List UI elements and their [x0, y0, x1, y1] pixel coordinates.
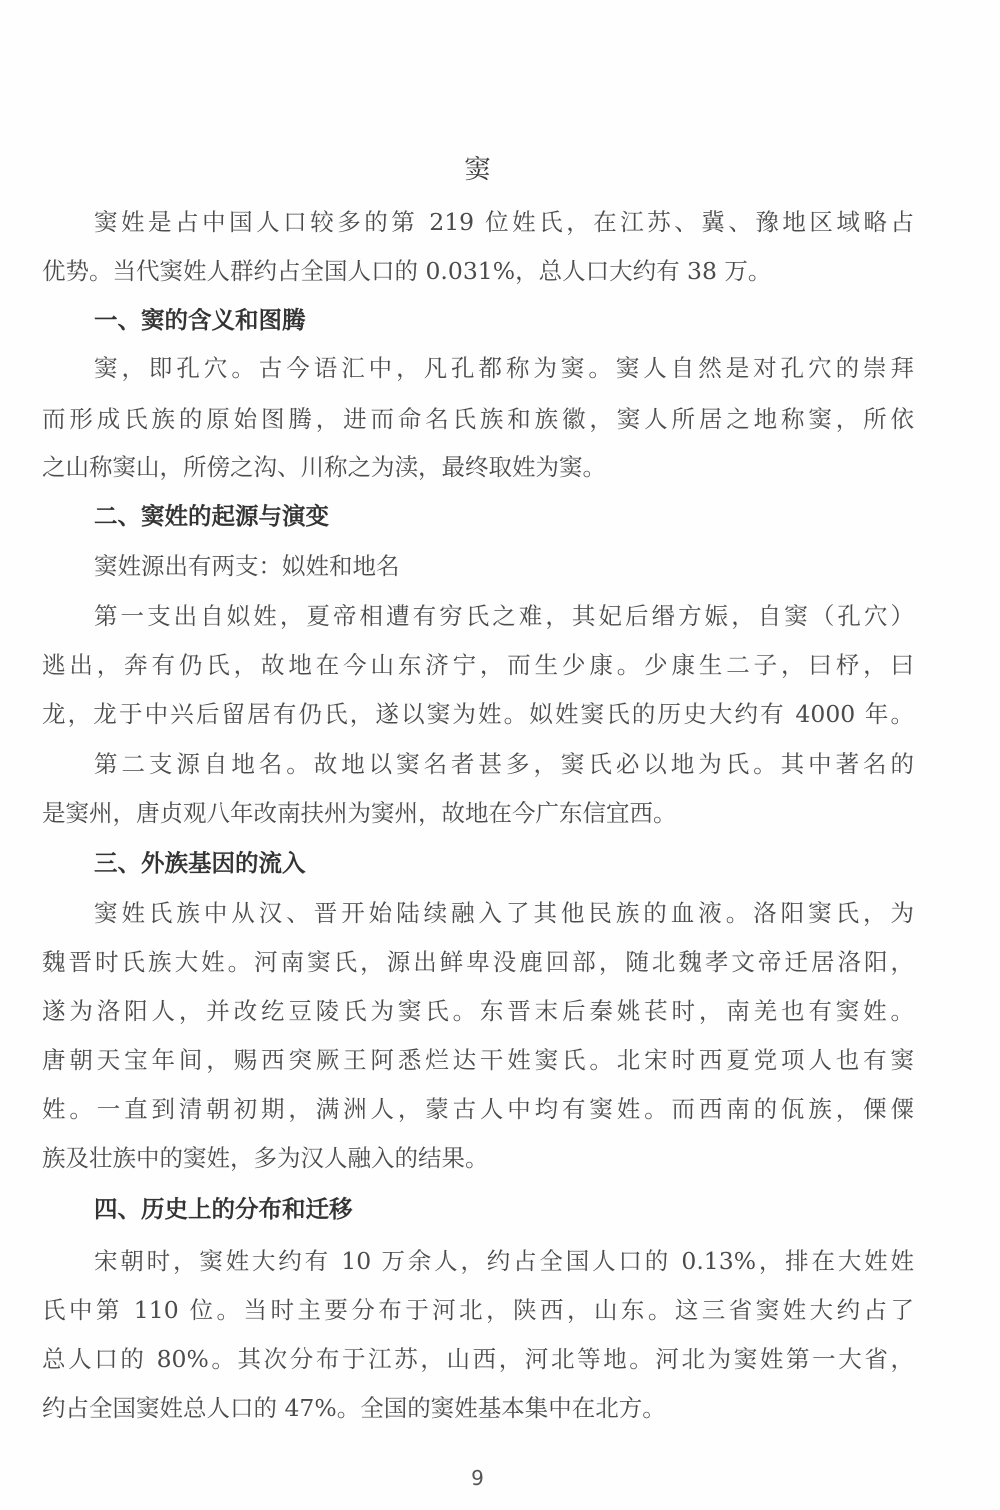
- paragraph-line: 第二支源自地名。故地以窦名者甚多，窦氏必以地为氏。其中著名的: [94, 748, 914, 780]
- paragraph-line: 宋朝时，窦姓大约有 10 万余人，约占全国人口的 0.13%，排在大姓姓: [94, 1245, 914, 1277]
- paragraph-line: 唐朝天宝年间，赐西突厥王阿悉烂达干姓窦氏。北宋时西夏党项人也有窦: [42, 1044, 914, 1076]
- paragraph-line: 窦姓氏族中从汉、晋开始陆续融入了其他民族的血液。洛阳窦氏，为: [94, 897, 914, 929]
- paragraph-line: 龙，龙于中兴后留居有仍氏，遂以窦为姓。姒姓窦氏的历史大约有 4000 年。: [42, 698, 914, 730]
- paragraph-line: 族及壮族中的窦姓，多为汉人融入的结果。: [42, 1142, 914, 1174]
- paragraph-line: 总人口的 80%。其次分布于江苏，山西，河北等地。河北为窦姓第一大省，: [42, 1343, 914, 1375]
- paragraph-line: 逃出，奔有仍氏，故地在今山东济宁，而生少康。少康生二子，曰杼，曰: [42, 649, 914, 681]
- paragraph-line: 第一支出自姒姓，夏帝相遭有穷氏之难，其妃后缗方娠，自窦（孔穴）: [94, 600, 914, 632]
- document-page: 窦 窦姓是占中国人口较多的第 219 位姓氏，在江苏、冀、豫地区域略占 优势。当…: [0, 0, 1000, 1510]
- section-heading-3: 三、外族基因的流入: [94, 847, 306, 879]
- section-heading-2: 二、窦姓的起源与演变: [94, 500, 329, 532]
- paragraph-line: 遂为洛阳人，并改纥豆陵氏为窦氏。东晋末后秦姚苌时，南羌也有窦姓。: [42, 995, 914, 1027]
- paragraph-line: 之山称窦山，所傍之沟、川称之为渎，最终取姓为窦。: [42, 451, 914, 483]
- paragraph-line: 窦，即孔穴。古今语汇中，凡孔都称为窦。窦人自然是对孔穴的崇拜: [94, 352, 914, 384]
- page-title: 窦: [0, 152, 955, 188]
- paragraph-line: 姓。一直到清朝初期，满洲人，蒙古人中均有窦姓。而西南的佤族，傈僳: [42, 1093, 914, 1125]
- paragraph-line: 而形成氏族的原始图腾，进而命名氏族和族徽，窦人所居之地称窦，所依: [42, 403, 914, 435]
- intro-line: 窦姓是占中国人口较多的第 219 位姓氏，在江苏、冀、豫地区域略占: [94, 206, 914, 238]
- section-heading-4: 四、历史上的分布和迁移: [94, 1193, 353, 1225]
- section-heading-1: 一、窦的含义和图腾: [94, 304, 306, 336]
- paragraph-line: 约占全国窦姓总人口的 47%。全国的窦姓基本集中在北方。: [42, 1392, 914, 1424]
- paragraph-line: 氏中第 110 位。当时主要分布于河北，陕西，山东。这三省窦姓大约占了: [42, 1294, 914, 1326]
- paragraph-line: 是窦州，唐贞观八年改南扶州为窦州，故地在今广东信宜西。: [42, 797, 914, 829]
- intro-line: 优势。当代窦姓人群约占全国人口的 0.031%，总人口大约有 38 万。: [42, 255, 914, 287]
- paragraph-line: 魏晋时氏族大姓。河南窦氏，源出鲜卑没鹿回部，随北魏孝文帝迁居洛阳，: [42, 946, 914, 978]
- page-number: 9: [0, 1464, 955, 1492]
- paragraph-line: 窦姓源出有两支：姒姓和地名: [94, 550, 914, 582]
